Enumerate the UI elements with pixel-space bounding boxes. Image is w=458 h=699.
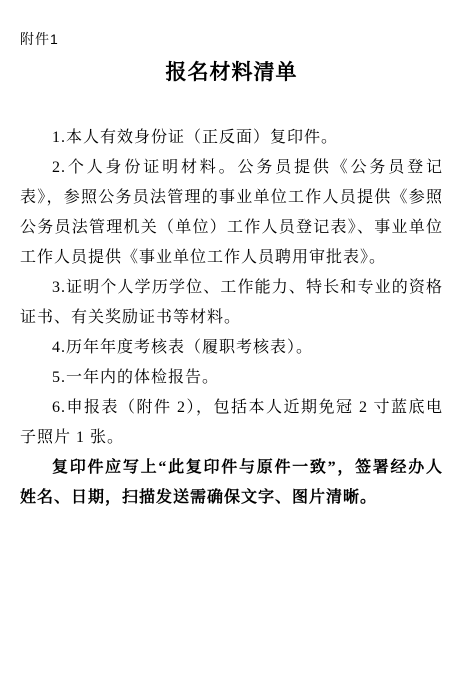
attachment-label: 附件1: [20, 30, 443, 49]
list-item-5: 5.一年内的体检报告。: [20, 363, 443, 393]
page-title: 报名材料清单: [20, 58, 443, 86]
document-page: 附件1 报名材料清单 1.本人有效身份证（正反面）复印件。 2.个人身份证明材料…: [0, 0, 458, 699]
document-body: 1.本人有效身份证（正反面）复印件。 2.个人身份证明材料。公务员提供《公务员登…: [20, 123, 443, 513]
list-item-6: 6.申报表（附件 2），包括本人近期免冠 2 寸蓝底电子照片 1 张。: [20, 393, 443, 453]
list-item-2: 2.个人身份证明材料。公务员提供《公务员登记表》，参照公务员法管理的事业单位工作…: [20, 153, 443, 273]
list-item-1: 1.本人有效身份证（正反面）复印件。: [20, 123, 443, 153]
list-item-4: 4.历年年度考核表（履职考核表）。: [20, 333, 443, 363]
copy-instruction-note: 复印件应写上“此复印件与原件一致”，签署经办人姓名、日期，扫描发送需确保文字、图…: [20, 453, 443, 513]
list-item-3: 3.证明个人学历学位、工作能力、特长和专业的资格证书、有关奖励证书等材料。: [20, 273, 443, 333]
